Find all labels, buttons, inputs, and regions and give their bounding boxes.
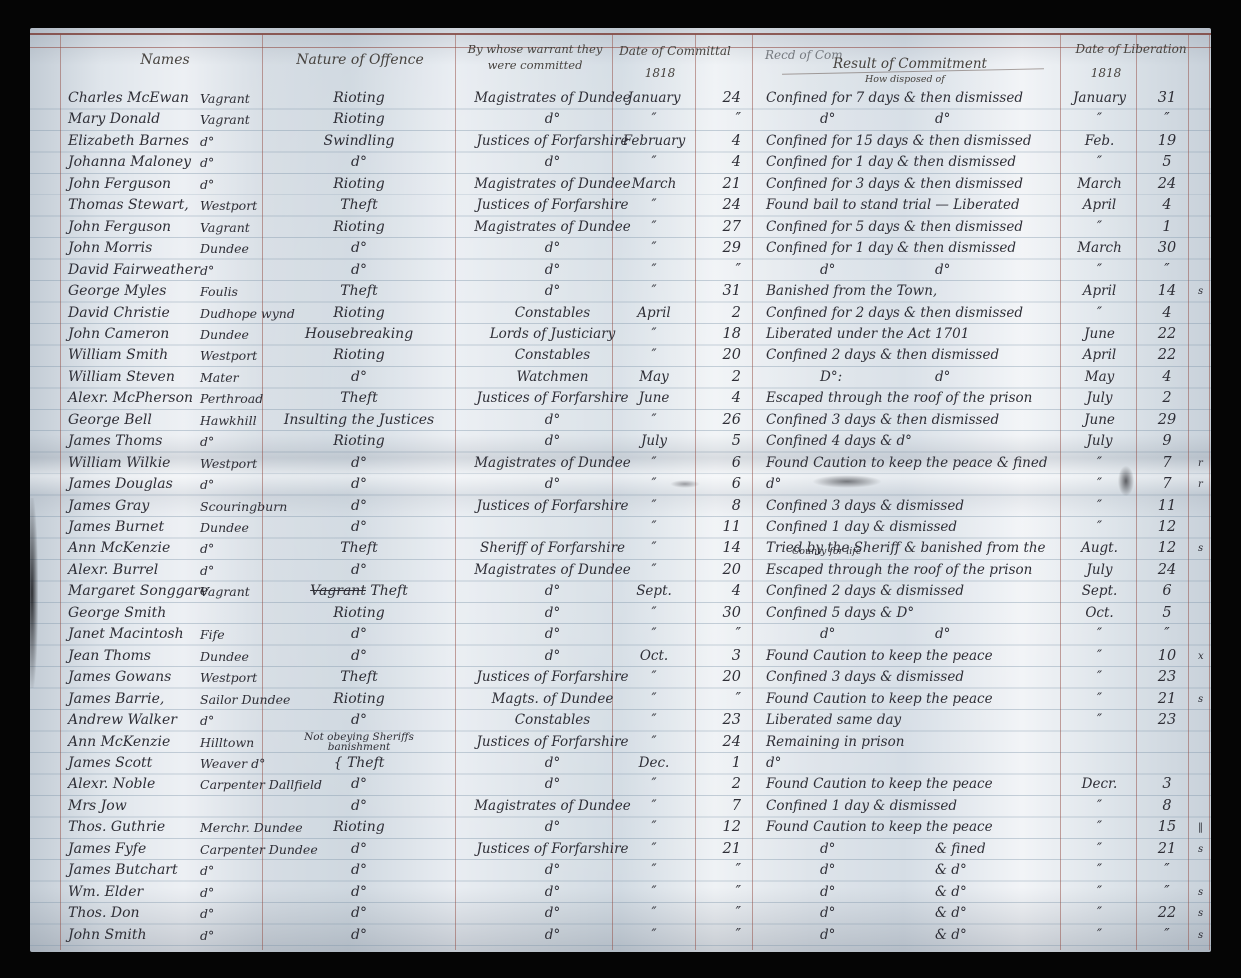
cell-liberation-day: 29: [1140, 410, 1194, 431]
cell-liberation-day: 24: [1140, 174, 1194, 195]
cell-committal-day: 2: [695, 367, 741, 388]
cell-place: d°: [200, 710, 214, 731]
table-row: John CameronDundeeHousebreakingLords of …: [30, 324, 1211, 345]
cell-liberation-day: 6: [1140, 581, 1194, 602]
cell-result: d°: [820, 839, 835, 860]
table-row: Thos. Dond°d°d°″″d°& d°″22s: [30, 903, 1211, 924]
table-row: James Thomsd°Riotingd°July5Confined 4 da…: [30, 431, 1211, 452]
cell-place: Dundee: [200, 646, 249, 667]
cell-result: d°: [820, 860, 835, 881]
cell-committal-month: ″: [613, 839, 695, 860]
cell-name: John Morris: [68, 238, 152, 259]
cell-committal-month: ″: [613, 903, 695, 924]
cell-liberation-day: 23: [1140, 667, 1194, 688]
table-row: Johanna Maloneyd°d°d°″4Confined for 1 da…: [30, 152, 1211, 173]
cell-liberation-day: 14: [1140, 281, 1194, 302]
cell-liberation-month: May: [1062, 367, 1137, 388]
cell-margin-mark: s: [1198, 882, 1203, 903]
cell-name: James Douglas: [68, 474, 173, 495]
cell-offence: Rioting: [275, 817, 443, 838]
cell-margin-mark: x: [1198, 646, 1204, 667]
cell-committal-day: ″: [695, 903, 741, 924]
cell-name: Andrew Walker: [68, 710, 177, 731]
cell-place: d°: [200, 538, 214, 559]
cell-margin-mark: s: [1198, 903, 1203, 924]
cell-name: John Ferguson: [68, 174, 171, 195]
table-row: James BurnetDundeed°″11Confined 1 day & …: [30, 517, 1211, 538]
cell-committal-day: ″: [695, 925, 741, 946]
cell-liberation-day: 11: [1140, 496, 1194, 517]
cell-name: David Christie: [68, 303, 170, 324]
cell-margin-mark: r: [1198, 453, 1203, 474]
cell-liberation-day: 2: [1140, 388, 1194, 409]
cell-committal-month: ″: [613, 796, 695, 817]
cell-place: Vagrant: [200, 217, 250, 238]
cell-result: Remaining in prison: [766, 732, 904, 753]
cell-result: Escaped through the roof of the prison: [766, 388, 1032, 409]
cell-committal-month: ″: [613, 774, 695, 795]
cell-committal-day: ″: [695, 882, 741, 903]
cell-liberation-day: 23: [1140, 710, 1194, 731]
cell-committal-month: ″: [613, 667, 695, 688]
cell-name: James Fyfe: [68, 839, 146, 860]
cell-liberation-day: 7: [1140, 453, 1194, 474]
cell-offence: d°: [275, 474, 443, 495]
cell-name: Janet Macintosh: [68, 624, 184, 645]
cell-liberation-month: March: [1062, 174, 1137, 195]
cell-result: Found bail to stand trial — Liberated: [766, 195, 1020, 216]
cell-margin-mark: s: [1198, 839, 1203, 860]
cell-liberation-month: ″: [1062, 925, 1137, 946]
cell-liberation-day: 4: [1140, 303, 1194, 324]
cell-offence: d°: [275, 152, 443, 173]
cell-place: d°: [200, 431, 214, 452]
cell-liberation-month: ″: [1062, 217, 1137, 238]
cell-liberation-day: 9: [1140, 431, 1194, 452]
cell-result: Confined 3 days & then dismissed: [766, 410, 999, 431]
cell-committal-day: 4: [695, 152, 741, 173]
cell-offence: Theft: [275, 388, 443, 409]
cell-liberation-day: ″: [1140, 109, 1194, 130]
cell-name: Charles McEwan: [68, 88, 189, 109]
cell-place: Vagrant: [200, 88, 250, 109]
cell-offence: Rioting: [275, 431, 443, 452]
cell-liberation-month: June: [1062, 324, 1137, 345]
cell-margin-mark: s: [1198, 538, 1203, 559]
cell-committal-day: 4: [695, 388, 741, 409]
cell-committal-day: ″: [695, 260, 741, 281]
cell-committal-day: 20: [695, 560, 741, 581]
cell-result: Banished from the Town,: [766, 281, 937, 302]
cell-liberation-month: March: [1062, 238, 1137, 259]
cell-offence: Rioting: [275, 217, 443, 238]
cell-committal-day: ″: [695, 860, 741, 881]
cell-result: Confined 4 days & d°: [766, 431, 912, 452]
cell-liberation-month: ″: [1062, 903, 1137, 924]
cell-name: Ann McKenzie: [68, 538, 170, 559]
cell-result-continued: d°: [935, 624, 950, 645]
cell-result-continued: & d°: [935, 860, 967, 881]
table-row: George MylesFoulisTheftd°″31Banished fro…: [30, 281, 1211, 302]
cell-committal-day: 4: [695, 131, 741, 152]
cell-committal-day: 1: [695, 753, 741, 774]
cell-place: d°: [200, 131, 214, 152]
table-row: Mary DonaldVagrantRiotingd°″″d°d°″″: [30, 109, 1211, 130]
cell-offence: Rioting: [275, 345, 443, 366]
cell-offence: d°: [275, 774, 443, 795]
cell-liberation-day: ″: [1140, 260, 1194, 281]
cell-result-continued: & d°: [935, 925, 967, 946]
cell-liberation-day: 22: [1140, 324, 1194, 345]
cell-result-continued: & d°: [935, 903, 967, 924]
cell-result: Confined for 2 days & then dismissed: [766, 303, 1023, 324]
cell-name: James Gray: [68, 496, 149, 517]
cell-committal-month: ″: [613, 817, 695, 838]
struck-offence: Vagrant: [310, 583, 366, 599]
cell-result: Found Caution to keep the peace: [766, 817, 993, 838]
table-row: Ann McKenzieHilltownNot obeying Sheriffs…: [30, 732, 1211, 753]
cell-liberation-day: 22: [1140, 903, 1194, 924]
cell-name: George Bell: [68, 410, 152, 431]
cell-margin-mark: s: [1198, 925, 1203, 946]
cell-committal-day: 26: [695, 410, 741, 431]
cell-committal-month: ″: [613, 195, 695, 216]
cell-result: Confined for 1 day & then dismissed: [766, 152, 1016, 173]
cell-committal-month: ″: [613, 710, 695, 731]
cell-name: John Cameron: [68, 324, 169, 345]
cell-liberation-month: ″: [1062, 152, 1137, 173]
cell-result: Confined for 5 days & then dismissed: [766, 217, 1023, 238]
cell-liberation-month: July: [1062, 388, 1137, 409]
cell-offence: d°: [275, 560, 443, 581]
cell-liberation-month: Sept.: [1062, 581, 1137, 602]
cell-name: James Butchart: [68, 860, 178, 881]
cell-name: James Scott: [68, 753, 152, 774]
cell-name: Margaret Songgare: [68, 581, 208, 602]
cell-result: Found Caution to keep the peace: [766, 646, 993, 667]
cell-offence: Vagrant Theft: [275, 581, 443, 602]
cell-name: John Ferguson: [68, 217, 171, 238]
cell-committal-day: ″: [695, 624, 741, 645]
cell-offence: Swindling: [275, 131, 443, 152]
cell-committal-month: ″: [613, 538, 695, 559]
cell-name: Mrs Jow: [68, 796, 127, 817]
cell-liberation-month: ″: [1062, 496, 1137, 517]
cell-committal-month: ″: [613, 410, 695, 431]
cell-result: Confined 2 days & dismissed: [766, 581, 964, 602]
cell-offence: d°: [275, 796, 443, 817]
cell-committal-day: 11: [695, 517, 741, 538]
cell-committal-month: ″: [613, 560, 695, 581]
cell-committal-day: 20: [695, 345, 741, 366]
cell-liberation-day: 7: [1140, 474, 1194, 495]
ledger-rows: Charles McEwanVagrantRiotingMagistrates …: [30, 28, 1211, 952]
cell-committal-day: 23: [695, 710, 741, 731]
cell-offence: d°: [275, 238, 443, 259]
cell-offence: d°: [275, 925, 443, 946]
cell-liberation-month: ″: [1062, 817, 1137, 838]
cell-liberation-day: 12: [1140, 517, 1194, 538]
cell-place: Westport: [200, 453, 257, 474]
cell-result: d°: [820, 925, 835, 946]
cell-committal-day: 2: [695, 303, 741, 324]
cell-result: Confined for 1 day & then dismissed: [766, 238, 1016, 259]
cell-liberation-day: 21: [1140, 689, 1194, 710]
cell-committal-day: 29: [695, 238, 741, 259]
cell-name: Jean Thoms: [68, 646, 151, 667]
cell-result: Found Caution to keep the peace: [766, 689, 993, 710]
cell-place: Westport: [200, 195, 257, 216]
cell-liberation-month: ″: [1062, 882, 1137, 903]
cell-committal-month: ″: [613, 624, 695, 645]
ledger-paper: Names Nature of Offence By whose warrant…: [30, 28, 1211, 952]
cell-offence: d°: [275, 496, 443, 517]
cell-committal-day: 24: [695, 195, 741, 216]
cell-liberation-day: 4: [1140, 195, 1194, 216]
cell-liberation-month: April: [1062, 281, 1137, 302]
cell-committal-day: 20: [695, 667, 741, 688]
cell-place: d°: [200, 903, 214, 924]
cell-name: John Smith: [68, 925, 147, 946]
cell-name: Alexr. Burrel: [68, 560, 158, 581]
cell-liberation-month: July: [1062, 560, 1137, 581]
cell-offence: Theft: [275, 195, 443, 216]
cell-place: d°: [200, 860, 214, 881]
cell-margin-mark: ‖: [1198, 817, 1203, 838]
cell-liberation-day: 19: [1140, 131, 1194, 152]
table-row: Alexr. Burreld°d°Magistrates of Dundee″2…: [30, 560, 1211, 581]
table-row: James FyfeCarpenter Dundeed°Justices of …: [30, 839, 1211, 860]
cell-name: Ann McKenzie: [68, 732, 170, 753]
table-row: George SmithRiotingd°″30Confined 5 days …: [30, 603, 1211, 624]
cell-place: d°: [200, 152, 214, 173]
cell-liberation-day: 8: [1140, 796, 1194, 817]
cell-liberation-month: ″: [1062, 796, 1137, 817]
cell-committal-month: ″: [613, 474, 695, 495]
table-row: George BellHawkhillInsulting the Justice…: [30, 410, 1211, 431]
cell-offence: Theft: [275, 281, 443, 302]
cell-offence: d°: [275, 882, 443, 903]
cell-liberation-day: 15: [1140, 817, 1194, 838]
cell-result: Confined for 3 days & then dismissed: [766, 174, 1023, 195]
cell-offence: Insulting the Justices: [275, 410, 443, 431]
cell-result-continued: d°: [935, 109, 950, 130]
cell-liberation-month: Oct.: [1062, 603, 1137, 624]
cell-offence: Rioting: [275, 689, 443, 710]
cell-liberation-day: 22: [1140, 345, 1194, 366]
cell-name: William Steven: [68, 367, 175, 388]
table-row: David Fairweatherd°d°d°″″d°d°″″: [30, 260, 1211, 281]
cell-offence: d°: [275, 453, 443, 474]
cell-liberation-month: ″: [1062, 710, 1137, 731]
cell-place: Dundee: [200, 324, 249, 345]
cell-liberation-month: ″: [1062, 260, 1137, 281]
table-row: Alexr. McPhersonPerthroadTheftJustices o…: [30, 388, 1211, 409]
cell-offence: Not obeying Sheriffsbanishment: [275, 732, 443, 752]
cell-committal-day: 12: [695, 817, 741, 838]
cell-result: d°: [820, 624, 835, 645]
cell-committal-month: ″: [613, 109, 695, 130]
cell-place: d°: [200, 925, 214, 946]
cell-name: James Burnet: [68, 517, 164, 538]
cell-name: Mary Donald: [68, 109, 160, 130]
cell-liberation-month: Decr.: [1062, 774, 1137, 795]
table-row: Janet MacintoshFifed°d°″″d°d°″″: [30, 624, 1211, 645]
cell-committal-day: 4: [695, 581, 741, 602]
cell-liberation-day: 4: [1140, 367, 1194, 388]
cell-committal-day: 21: [695, 839, 741, 860]
cell-name: George Myles: [68, 281, 166, 302]
cell-result: d°: [820, 903, 835, 924]
table-row: William StevenMaterd°WatchmenMay2D°:d°Ma…: [30, 367, 1211, 388]
cell-name: Thos. Guthrie: [68, 817, 165, 838]
cell-offence: Rioting: [275, 174, 443, 195]
cell-result: Confined 1 day & dismissed: [766, 517, 957, 538]
cell-result: Escaped through the roof of the prison: [766, 560, 1032, 581]
cell-liberation-month: Feb.: [1062, 131, 1137, 152]
cell-committal-month: January: [613, 88, 695, 109]
cell-committal-month: ″: [613, 732, 695, 753]
table-row: John FergusonVagrantRiotingMagistrates o…: [30, 217, 1211, 238]
table-row: Mrs Jowd°Magistrates of Dundee″7Confined…: [30, 796, 1211, 817]
cell-offence: d°: [275, 839, 443, 860]
cell-place: Hawkhill: [200, 410, 257, 431]
cell-committal-day: 6: [695, 474, 741, 495]
cell-place: d°: [200, 882, 214, 903]
cell-committal-month: June: [613, 388, 695, 409]
cell-offence: { Theft: [275, 753, 443, 774]
cell-place: Mater: [200, 367, 239, 388]
cell-place: Vagrant: [200, 109, 250, 130]
cell-committal-day: 21: [695, 174, 741, 195]
cell-result-continued: d°: [935, 367, 950, 388]
cell-name: George Smith: [68, 603, 166, 624]
table-row: Charles McEwanVagrantRiotingMagistrates …: [30, 88, 1211, 109]
cell-liberation-month: ″: [1062, 860, 1137, 881]
cell-offence: Theft: [275, 538, 443, 559]
cell-result: Liberated same day: [766, 710, 901, 731]
cell-offence: Rioting: [275, 88, 443, 109]
cell-offence: Theft: [275, 667, 443, 688]
cell-result: Confined 3 days & dismissed: [766, 496, 964, 517]
cell-liberation-day: 24: [1140, 560, 1194, 581]
cell-committal-month: ″: [613, 925, 695, 946]
cell-place: d°: [200, 560, 214, 581]
cell-name: Alexr. McPherson: [68, 388, 193, 409]
cell-committal-month: ″: [613, 689, 695, 710]
cell-place: Dundee: [200, 517, 249, 538]
cell-result: d°: [820, 109, 835, 130]
cell-committal-month: March: [613, 174, 695, 195]
table-row: William WilkieWestportd°Magistrates of D…: [30, 453, 1211, 474]
cell-committal-month: ″: [613, 496, 695, 517]
cell-result: Confined for 7 days & then dismissed: [766, 88, 1023, 109]
table-row: James Butchartd°d°d°″″d°& d°″″: [30, 860, 1211, 881]
cell-offence: Rioting: [275, 603, 443, 624]
cell-result-continued: & d°: [935, 882, 967, 903]
cell-result: d°: [766, 753, 781, 774]
table-row: Ann McKenzied°TheftSheriff of Forfarshir…: [30, 538, 1211, 559]
cell-liberation-month: ″: [1062, 303, 1137, 324]
table-row: James GowansWestportTheftJustices of For…: [30, 667, 1211, 688]
cell-name: James Gowans: [68, 667, 171, 688]
cell-liberation-month: ″: [1062, 667, 1137, 688]
cell-offence: d°: [275, 624, 443, 645]
cell-liberation-month: July: [1062, 431, 1137, 452]
cell-committal-day: ″: [695, 109, 741, 130]
cell-liberation-month: ″: [1062, 109, 1137, 130]
cell-place: Dundee: [200, 238, 249, 259]
cell-liberation-day: 30: [1140, 238, 1194, 259]
cell-place: Westport: [200, 667, 257, 688]
cell-liberation-day: 12: [1140, 538, 1194, 559]
cell-committal-month: Oct.: [613, 646, 695, 667]
cell-committal-day: 6: [695, 453, 741, 474]
cell-committal-day: 27: [695, 217, 741, 238]
cell-committal-month: May: [613, 367, 695, 388]
cell-place: d°: [200, 174, 214, 195]
cell-committal-month: July: [613, 431, 695, 452]
cell-liberation-month: ″: [1062, 453, 1137, 474]
table-row: John MorrisDundeed°d°″29Confined for 1 d…: [30, 238, 1211, 259]
cell-liberation-day: 31: [1140, 88, 1194, 109]
cell-liberation-day: ″: [1140, 882, 1194, 903]
cell-committal-month: April: [613, 303, 695, 324]
table-row: John Fergusond°RiotingMagistrates of Dun…: [30, 174, 1211, 195]
cell-offence: d°: [275, 860, 443, 881]
cell-committal-day: 3: [695, 646, 741, 667]
cell-committal-day: 31: [695, 281, 741, 302]
cell-committal-month: ″: [613, 517, 695, 538]
cell-place: Vagrant: [200, 581, 250, 602]
cell-liberation-day: 5: [1140, 603, 1194, 624]
cell-result-continued: d°: [935, 260, 950, 281]
cell-margin-mark: r: [1198, 474, 1203, 495]
cell-name: William Wilkie: [68, 453, 170, 474]
cell-liberation-day: ″: [1140, 925, 1194, 946]
cell-liberation-day: 1: [1140, 217, 1194, 238]
cell-result: Confined for 15 days & then dismissed: [766, 131, 1032, 152]
table-row: Thos. GuthrieMerchr. DundeeRiotingd°″12F…: [30, 817, 1211, 838]
cell-liberation-month: June: [1062, 410, 1137, 431]
table-row: James Douglasd°d°d°″6d°″7r: [30, 474, 1211, 495]
cell-liberation-month: ″: [1062, 474, 1137, 495]
cell-result: d°: [766, 474, 781, 495]
table-row: Jean ThomsDundeed°d°Oct.3Found Caution t…: [30, 646, 1211, 667]
cell-place: Hilltown: [200, 732, 254, 753]
cell-offence: d°: [275, 646, 443, 667]
cell-committal-month: ″: [613, 324, 695, 345]
table-row: William SmithWestportRiotingConstables″2…: [30, 345, 1211, 366]
cell-committal-month: ″: [613, 152, 695, 173]
cell-committal-day: 2: [695, 774, 741, 795]
cell-offence: Rioting: [275, 109, 443, 130]
cell-committal-month: ″: [613, 238, 695, 259]
cell-liberation-month: ″: [1062, 689, 1137, 710]
cell-place: Westport: [200, 345, 257, 366]
cell-result: Found Caution to keep the peace & fined: [766, 453, 1048, 474]
cell-liberation-month: Augt.: [1062, 538, 1137, 559]
cell-place: d°: [200, 260, 214, 281]
cell-liberation-month: April: [1062, 195, 1137, 216]
cell-committal-day: ″: [695, 689, 741, 710]
cell-committal-month: ″: [613, 260, 695, 281]
cell-committal-month: Dec.: [613, 753, 695, 774]
cell-place: d°: [200, 474, 214, 495]
cell-liberation-day: 3: [1140, 774, 1194, 795]
cell-liberation-month: ″: [1062, 839, 1137, 860]
cell-name: David Fairweather: [68, 260, 200, 281]
